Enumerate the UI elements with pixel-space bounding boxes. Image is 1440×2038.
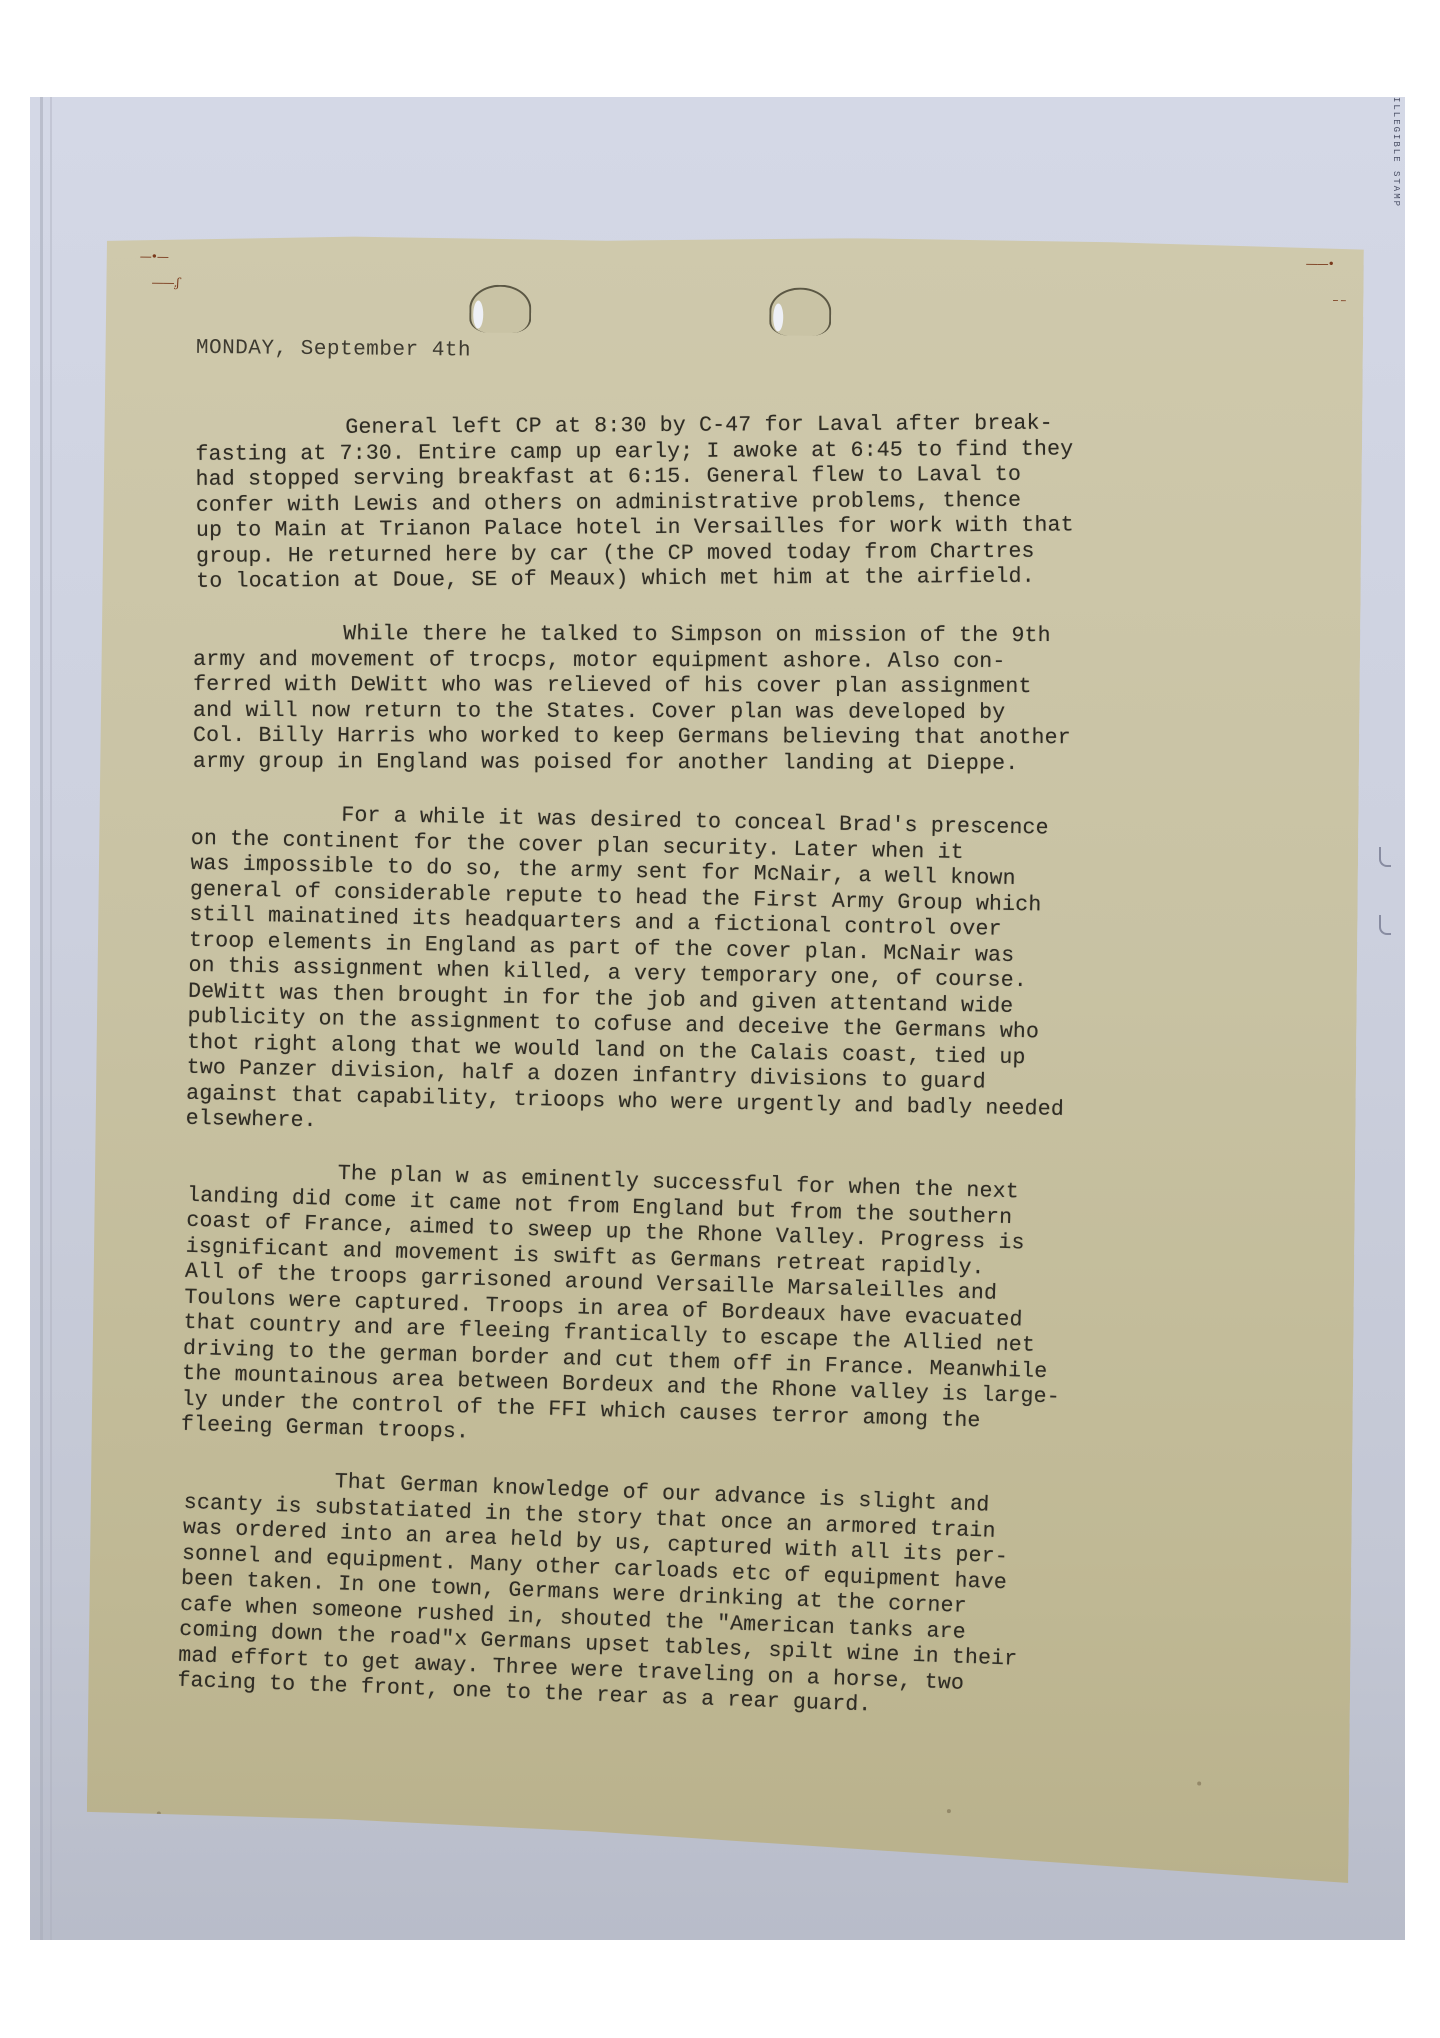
paragraph: The plan w as eminently successful for w…	[181, 1158, 1228, 1467]
binder-edge-line	[40, 97, 43, 1940]
handwritten-mark: ——•	[1306, 256, 1334, 270]
handwritten-mark: —•—	[140, 249, 168, 263]
punch-hole	[469, 284, 531, 333]
paragraph-text: For a while it was desired to conceal Br…	[186, 803, 1065, 1133]
margin-pencil-mark	[1379, 915, 1391, 935]
paragraph: While there he talked to Simpson on miss…	[193, 621, 1233, 777]
paper-speck	[1197, 1782, 1201, 1786]
binder-edge-line	[50, 97, 52, 1940]
paper-speck	[947, 1809, 951, 1813]
photo-background: ILLEGIBLE STAMP —•— ——.ʃ ——• – – MONDAY,…	[30, 97, 1405, 1940]
page-date-heading: MONDAY, September 4th	[196, 337, 471, 363]
paper-speck	[157, 1812, 161, 1816]
document-body: General left CP at 8:30 by C-47 for Lava…	[183, 417, 1235, 1730]
paragraph: For a while it was desired to conceal Br…	[185, 800, 1231, 1151]
paragraph: General left CP at 8:30 by C-47 for Lava…	[195, 410, 1236, 595]
typewritten-page: —•— ——.ʃ ——• – – MONDAY, September 4th G…	[86, 231, 1364, 1883]
paragraph-text: The plan w as eminently successful for w…	[181, 1162, 1061, 1445]
paragraph-text: General left CP at 8:30 by C-47 for Lava…	[195, 412, 1073, 594]
handwritten-mark: ——.ʃ	[151, 275, 178, 289]
side-stamp: ILLEGIBLE STAMP	[1389, 97, 1401, 208]
paragraph: That German knowledge of our advance is …	[177, 1464, 1225, 1731]
paragraph-text: That German knowledge of our advance is …	[177, 1470, 1018, 1717]
paragraph-text: While there he talked to Simpson on miss…	[193, 622, 1071, 775]
handwritten-mark: – –	[1333, 293, 1346, 307]
punch-hole	[769, 287, 831, 336]
margin-pencil-mark	[1379, 847, 1391, 867]
